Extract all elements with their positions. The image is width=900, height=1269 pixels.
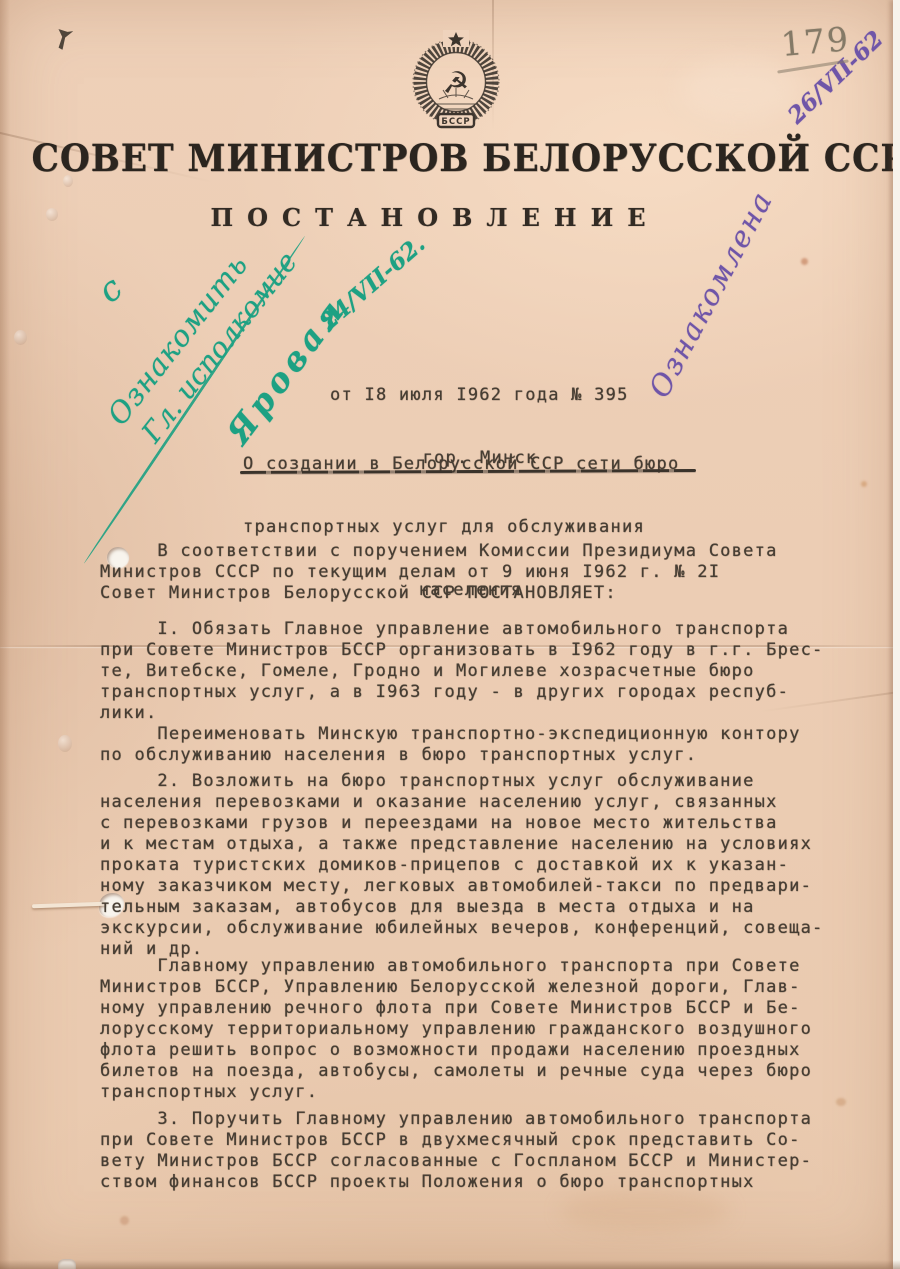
paragraph-item-2: 2. Возложить на бюро транспортных услуг … <box>100 771 824 960</box>
subject-block: О создании в Белорусской ССР сети бюро т… <box>243 412 698 643</box>
green-note-prefix: с <box>90 268 130 311</box>
scan-edge-right <box>893 0 900 1269</box>
paper-dimple <box>58 735 72 752</box>
paragraph-item-3: 3. Поручить Главному управлению автомоби… <box>100 1109 812 1193</box>
paper-stain <box>801 258 808 265</box>
paper-stain <box>861 481 867 487</box>
paper-dimple <box>14 330 27 345</box>
scan-edge-left <box>0 0 10 1269</box>
date-line: от I8 июля I962 года № 395 <box>330 385 630 406</box>
paper-stain <box>120 1216 129 1225</box>
folio-number: 179 <box>779 19 851 64</box>
paragraph-preamble: В соответствии с поручением Комиссии Пре… <box>100 541 778 604</box>
organization-name: СОВЕТ МИНИСТРОВ БЕЛОРУССКОЙ ССР <box>32 136 869 180</box>
paper-stain <box>560 1190 730 1232</box>
scanned-document-page: ☭ БССР СОВЕТ МИНИСТРОВ БЕЛОРУССКОЙ ССР П… <box>0 0 900 1269</box>
hammer-sickle-icon: ☭ <box>443 66 470 101</box>
ink-smudge-mark <box>56 29 74 51</box>
bssr-coat-of-arms: ☭ БССР <box>407 30 505 130</box>
scan-edge-bottom <box>0 1260 900 1269</box>
paragraph-item-1: I. Обязать Главное управление автомобиль… <box>100 619 824 766</box>
green-note-date: 24/VII-62. <box>315 230 430 335</box>
paper-tear <box>32 902 106 909</box>
paper-stain <box>836 1098 846 1106</box>
emblem-banner-label: БССР <box>441 117 470 127</box>
paragraph-transport-agencies: Главному управлению автомобильного транс… <box>100 956 812 1103</box>
subject-line: транспортных услуг для обслуживания <box>243 517 698 538</box>
